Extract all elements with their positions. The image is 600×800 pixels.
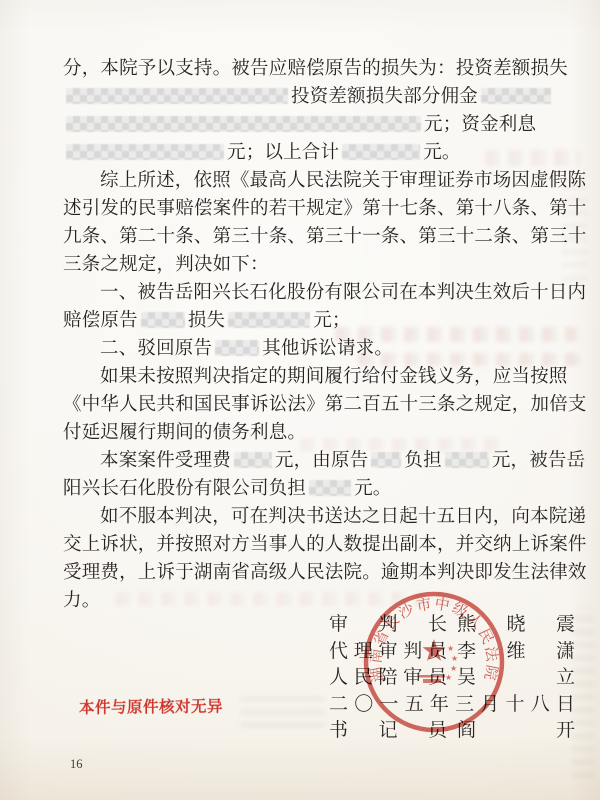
redaction-block [309,480,351,496]
text-segment: 《中华人民共和国民事诉讼法》第二百五十三条之规定，加倍支 [63,395,587,415]
text-line: 受理费，上诉于湖南省高级人民法院。逾期本判决即发生法律效 [63,559,580,587]
text-segment: 元； [313,311,350,331]
text-segment: 损失 [188,311,225,331]
judgment-date: 二〇一五年三月十八日 [329,692,575,719]
text-segment: 二、驳回原告 [100,339,212,359]
text-line: 付延迟履行期间的债务利息。 [63,419,580,447]
text-line: 三条之规定，判决如下： [63,251,580,279]
text-segment: 一、被告岳阳兴长石化股份有限公司在本判决生效后十日内 [100,283,586,303]
redaction-block [234,452,272,468]
text-line: 本案案件受理费元，由原告负担元，被告岳 [63,447,580,475]
redaction-block [445,452,489,468]
text-segment: 分，本院予以支持。被告应赔偿原告的损失为：投资差额损失 [63,59,568,79]
signature-row: 审判长熊晓震 [329,612,575,639]
text-segment: 如不服本判决，可在判决书送达之日起十五日内，向本院递 [100,507,586,527]
text-segment: 三条之规定，判决如下： [63,255,269,275]
signer-name: 阎开 [457,718,575,745]
redaction-block [342,144,420,160]
redaction-block [228,312,310,328]
text-line: 综上所述，依照《最高人民法院关于审理证券市场因虚假陈 [63,167,580,195]
text-segment: 元，被告岳 [492,451,586,471]
signer-name: 吴立 [457,665,575,692]
text-line: 如果未按照判决指定的期间履行给付金钱义务，应当按照 [63,363,580,391]
text-segment: 投资差额损失部分佣金 [291,87,478,107]
text-segment: 元。 [423,143,460,163]
signer-role: 审判长 [329,612,447,639]
text-segment: 元，由原告 [275,451,369,471]
text-line: 交上诉状，并按照对方当事人的人数提出副本，并交纳上诉案件 [63,531,580,559]
signer-role: 人民陪审员 [329,665,447,692]
text-segment: 综上所述，依照《最高人民法院关于审理证券市场因虚假陈 [100,171,586,191]
text-segment: 付延迟履行期间的债务利息。 [63,423,306,443]
bleed-through-artifact [240,696,325,728]
text-line: 九条、第二十条、第三十条、第三十一条、第三十二条、第三十 [63,223,580,251]
text-line: 元；以上合计元。 [63,139,580,167]
text-line: 如不服本判决，可在判决书送达之日起十五日内，向本院递 [63,503,580,531]
text-line: 投资差额损失部分佣金 [63,83,580,111]
redaction-block [66,88,288,104]
judgment-date-row: 二〇一五年三月十八日 [329,692,575,719]
text-line: 二、驳回原告其他诉讼请求。 [63,335,580,363]
text-segment: 元；以上合计 [227,143,339,163]
verification-stamp: 本件与原件核对无异 [79,694,223,718]
text-line: 元；资金利息 [63,111,580,139]
signer-name: 熊晓震 [457,612,575,639]
text-segment: 阳兴长石化股份有限公司负担 [63,479,306,499]
signer-role: 书记员 [329,718,447,745]
text-line: 阳兴长石化股份有限公司负担元。 [63,475,580,503]
text-line: 分，本院予以支持。被告应赔偿原告的损失为：投资差额损失 [63,55,580,83]
text-segment: 元。 [354,479,391,499]
text-segment: 述引发的民事赔偿案件的若干规定》第十七条、第十八条、第十 [63,199,587,219]
text-line: 一、被告岳阳兴长石化股份有限公司在本判决生效后十日内 [63,279,580,307]
signature-block: 审判长熊晓震代理审判员李维潇人民陪审员吴立二〇一五年三月十八日书记员阎开 [329,612,575,745]
text-line: 《中华人民共和国民事诉讼法》第二百五十三条之规定，加倍支 [63,391,580,419]
signer-role: 代理审判员 [329,639,447,666]
text-segment: 受理费，上诉于湖南省高级人民法院。逾期本判决即发生法律效 [63,563,587,583]
text-segment: 交上诉状，并按照对方当事人的人数提出副本，并交纳上诉案件 [63,535,587,555]
redaction-block [66,116,421,132]
signature-row: 人民陪审员吴立 [329,665,575,692]
text-line: 赔偿原告损失元； [63,307,580,335]
text-line: 力。 [63,587,580,615]
signer-name: 李维潇 [457,639,575,666]
page-number: 16 [70,757,83,772]
signature-row: 书记员阎开 [329,718,575,745]
body-text: 分，本院予以支持。被告应赔偿原告的损失为：投资差额损失投资差额损失部分佣金元；资… [63,55,580,615]
text-segment: 本案案件受理费 [100,451,231,471]
redaction-block [371,452,401,468]
text-segment: 如果未按照判决指定的期间履行给付金钱义务，应当按照 [100,367,568,387]
text-segment: 赔偿原告 [63,311,138,331]
text-segment: 负担 [404,451,441,471]
redaction-block [215,340,259,356]
signature-row: 代理审判员李维潇 [329,639,575,666]
text-segment: 九条、第二十条、第三十条、第三十一条、第三十二条、第三十 [63,227,587,247]
text-segment: 力。 [63,591,100,611]
redaction-block [66,144,224,160]
judgment-page: 分，本院予以支持。被告应赔偿原告的损失为：投资差额损失投资差额损失部分佣金元；资… [0,0,600,800]
redaction-block [141,312,185,328]
text-segment: 其他诉讼请求。 [262,339,393,359]
text-segment: 元；资金利息 [424,115,536,135]
redaction-block [481,88,551,104]
text-line: 述引发的民事赔偿案件的若干规定》第十七条、第十八条、第十 [63,195,580,223]
